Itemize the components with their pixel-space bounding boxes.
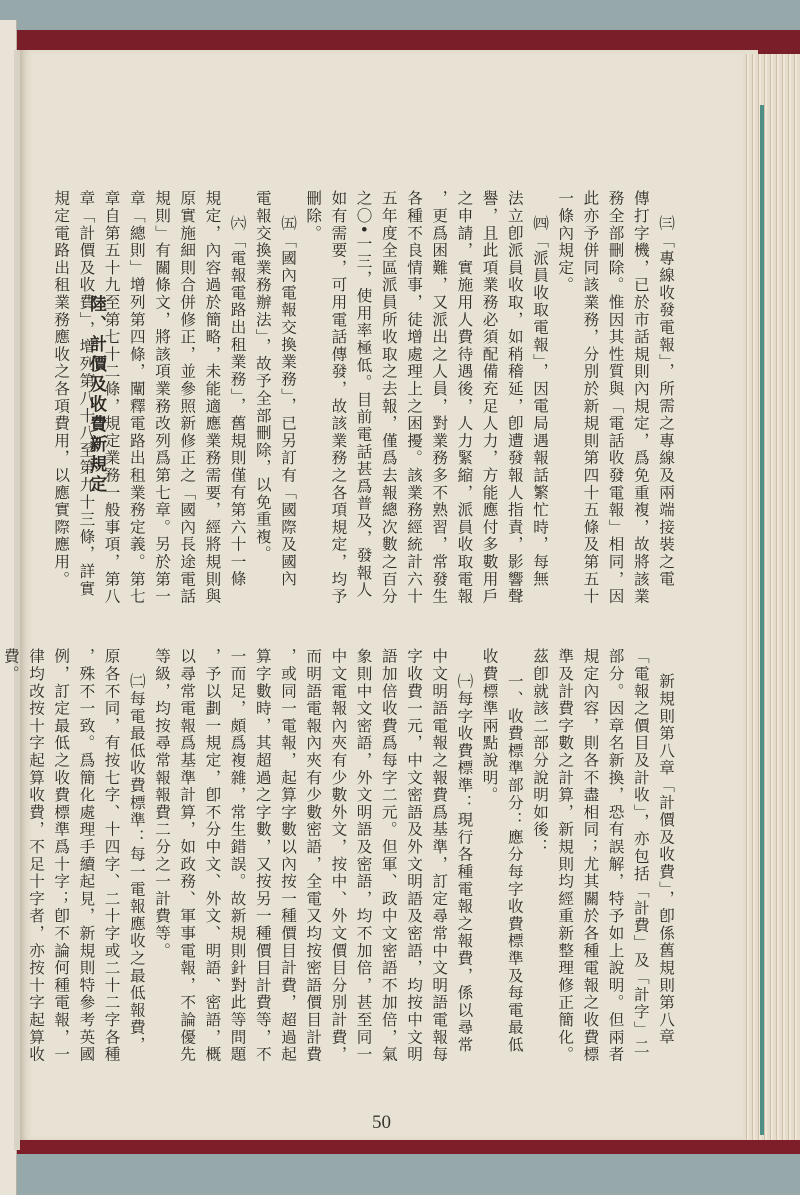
text-column: 刪除。 (299, 190, 326, 242)
text-column: 象則中文密語，外文明語及密語，均不加倍，甚至同一 (350, 648, 377, 1063)
text-column: 規定，內容過於簡略，未能適應業務需要，經將規則與 (198, 190, 225, 605)
text-column: ，或同一電報，起算字數以內按一種價目計費，超過起 (274, 648, 301, 1063)
text-column: 章「總則」增列第四條，闡釋電路出租業務定義。第七 (123, 190, 150, 605)
text-column: ㈠每字收費標準：現行各種電報之報費，係以尋常 (450, 673, 477, 1054)
text-column: 一、收費標準部分：應分每字收費標準及每電最低 (501, 673, 528, 1054)
text-column: 例，訂定最低之收費標準爲十字；卽不論何種電報，一 (47, 648, 74, 1063)
text-column: 電報交換業務辦法」，故予全部刪除，以免重複。 (249, 190, 276, 563)
text-column: 之〇•一三，使用率極低。目前電話甚爲普及，發報人 (350, 190, 377, 599)
text-column: 一而足，頗爲複雜，常生錯誤。故新規則針對此等問題 (224, 648, 251, 1063)
text-column: 一條內規定。 (551, 190, 578, 294)
text-column: 規定內容，則各不盡相同；尤其關於各種電報之收費標 (576, 648, 603, 1063)
text-column: 「電報之價目及計收」，亦包括「計費」及「計字」二 (627, 648, 654, 1055)
text-column: 中文明語電報之報費爲基準，訂定尋常中文明語電報每 (425, 648, 452, 1063)
text-column: 中文電報內夾有少數外文，按中、外文價目分別計費， (324, 648, 351, 1063)
text-column: 新規則第八章「計價及收費」，卽係舊規則第八章 (652, 673, 679, 1046)
text-column: 律均改按十字起算收費，不足十字者，亦按十字起算收 (22, 648, 49, 1063)
text-column: 譽，且此項業務必須配備充足人力，方能應付多數用戶 (476, 190, 503, 605)
page-number: 50 (372, 1112, 391, 1134)
text-column: ，更爲困難，又派出之人員，對業務多不熟習，常發生 (425, 190, 452, 605)
page-edges-stack (743, 54, 800, 1140)
text-column: 字收費一元，中文密語及外文明語及密語，均按中文明 (400, 648, 427, 1063)
text-column: 語加倍收費爲每字二元。但軍、政中文密語不加倍，氣 (375, 648, 402, 1063)
text-column: 算字數時，其超過之字數，又按另一種價目計費等，不 (249, 648, 276, 1063)
text-column: 之申請，實施用人費待遇後，人力緊縮，派員收取電報 (450, 190, 477, 605)
text-column: 原實施細則合併修正，並參照新修正之「國內長途電話 (173, 190, 200, 605)
text-column: ㈥「電報電路出租業務」，舊規則僅有第六十一條 (224, 215, 251, 588)
text-column: ㈣「派員收取電報」，因電局遇報話繁忙時，每無 (526, 215, 553, 588)
text-column: 準及計費字數之計算，新規則均經重新整理修正簡化。 (551, 648, 578, 1063)
text-column: 而明語電報內夾有少數密語，全電又均按密語價目計費 (299, 648, 326, 1063)
book-page: ㈢「專線收發電報」，所需之專線及兩端接裝之電傳打字機，已於市話規則內規定，爲免重… (20, 50, 758, 1140)
text-column: 各種不良情事，徒增處理上之困擾。該業務經統計六十 (400, 190, 427, 605)
text-column: ，予以劃一規定，卽不分中文、外文、明語、密語，概 (198, 648, 225, 1063)
text-column: 等級，均按尋常報報費二分之一計費等。 (148, 648, 175, 959)
text-column: ，殊不一致。爲簡化處理手續起見，新規則特參考英國 (72, 648, 99, 1063)
text-column: 規則」有關條文，將該項業務改列爲第七章。另於第一 (148, 190, 175, 605)
bookmark-ribbon (760, 105, 764, 1135)
section-heading: 陸、計價及收費新規定 (84, 295, 109, 495)
text-column: ㈤「國內電報交換業務」，已另訂有「國際及國內 (274, 215, 301, 588)
text-column: 法立卽派員收取，如稍稽延，卽遭發報人指責，影響聲 (501, 190, 528, 605)
text-column: ㈡每電最低收費標準：每一電報應收之最低報費， (123, 673, 150, 1054)
text-column: 部分。因章名新換，恐有誤解，特予如上說明。但兩者 (602, 648, 629, 1063)
text-column: 規定電路出租業務應收之各項費用，以應實際應用。 (47, 190, 74, 588)
text-column: 茲卽就該二部分說明如後： (526, 648, 553, 856)
text-column: ㈢「專線收發電報」，所需之專線及兩端接裝之電 (652, 215, 679, 588)
text-column: 以尋常電報爲基準計算，如政務、軍事電報，不論優先 (173, 648, 200, 1063)
text-column: 務全部刪除。惟因其性質與「電話收發電報」相同，因 (602, 190, 629, 605)
text-column: 五年度全區派員所收取之去報，僅爲去報總次數之百分 (375, 190, 402, 605)
text-column: 原各不同，有按七字、十四字、二十字或二十二字各種 (98, 648, 125, 1063)
text-column: 費。 (0, 648, 24, 683)
text-column: 收費標準兩點說明。 (476, 648, 503, 804)
text-column: 此亦予併同該業務，分別於新規則第四十五條及第五十 (576, 190, 603, 605)
text-column: 傳打字機，已於市話規則內規定，爲免重複，故將該業 (627, 190, 654, 605)
text-column: 如有需要，可用電話傳發，故該業務之各項規定，均予 (324, 190, 351, 605)
